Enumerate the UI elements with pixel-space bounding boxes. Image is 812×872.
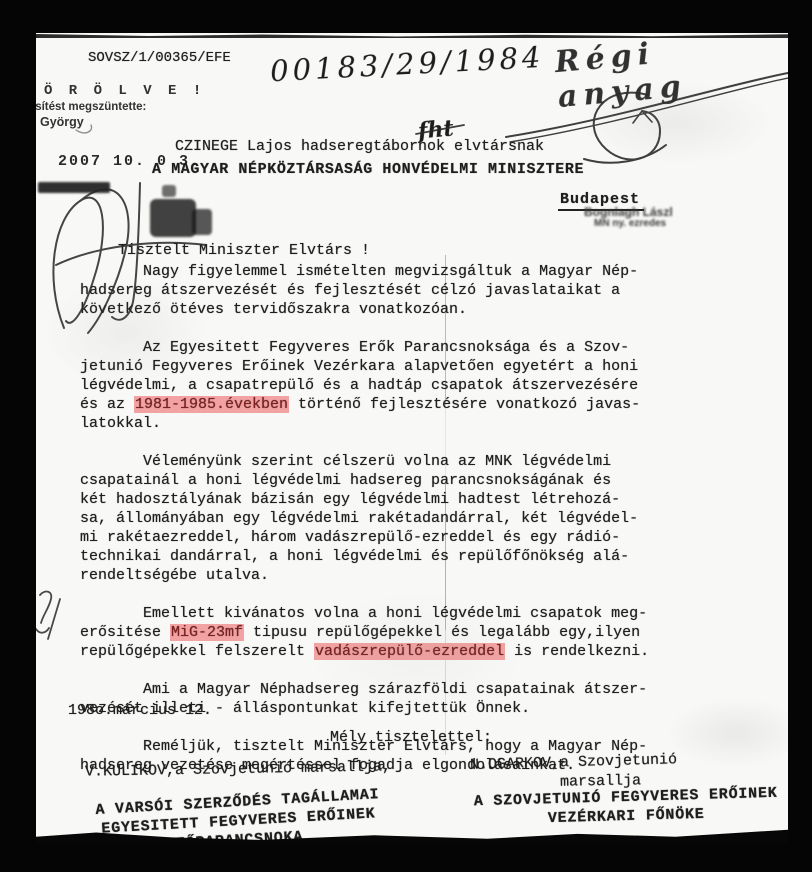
text-segment: is rendelkezni. — [505, 643, 649, 660]
text-segment: Ami a Magyar Néphadsereg szárazföldi csa… — [80, 681, 647, 698]
text-segment: Véleményünk szerint célszerü volna az MN… — [80, 453, 611, 470]
salutation: Tisztelt Miniszter Elvtárs ! — [118, 241, 370, 260]
text-line: Emellett kivánatos volna a honi légvédel… — [80, 604, 649, 623]
text-segment: két hadosztályának bázisán egy légvédelm… — [80, 491, 620, 508]
text-segment: sa, állományában egy légvédelmi rakétada… — [80, 510, 638, 527]
illegible-stamp — [38, 182, 110, 193]
closing-formula: Mély tisztelettel: — [330, 728, 492, 747]
text-line: Az Egyesitett Fegyveres Erők Parancsnoks… — [80, 338, 649, 357]
text-line: technikai dandárral, a honi légvédelmi é… — [80, 547, 649, 566]
paragraph: Véleményünk szerint célszerü volna az MN… — [80, 452, 649, 585]
text-line: jetunió Fegyveres Erőinek Vezérkara alap… — [80, 357, 649, 376]
handwritten-registry-number: 00183/29/1984 — [269, 40, 545, 88]
paragraph: Emellett kivánatos volna a honi légvédel… — [80, 604, 649, 661]
paragraph: Nagy figyelemmel ismételten megvizsgáltu… — [80, 262, 649, 319]
date-line: 198o.március 12. — [68, 701, 212, 720]
text-line: két hadosztályának bázisán egy légvédelm… — [80, 490, 649, 509]
handwritten-note: Régi anyag — [553, 33, 788, 115]
declassification-stamp-line3: György — [40, 115, 84, 129]
reference-number: SOVSZ/1/00365/EFE — [88, 49, 231, 68]
text-line: következő ötéves tervidőszakra vonatkozó… — [80, 300, 649, 319]
text-line: hadsereg átszervezését és fejlesztését c… — [80, 281, 649, 300]
text-segment: jetunió Fegyveres Erőinek Vezérkara alap… — [80, 358, 638, 375]
text-line: latokkal. — [80, 414, 649, 433]
margin-mark — [36, 592, 60, 639]
text-segment: latokkal. — [80, 415, 161, 432]
emblem-stamp-part — [192, 209, 212, 235]
highlighted-text: 1981-1985.években — [134, 396, 289, 413]
text-segment: tipusu repülőgépekkel és legalább egy,il… — [244, 624, 640, 641]
name-stamp-line2: MN ny. ezredes — [594, 218, 666, 229]
text-segment: következő ötéves tervidőszakra vonatkozó… — [80, 301, 467, 318]
text-segment: Nagy figyelemmel ismételten megvizsgáltu… — [80, 263, 638, 280]
addressee-title: A MAGYAR NÉPKÖZTÁRSASÁG HONVÉDELMI MINIS… — [152, 160, 584, 179]
text-segment: erősitése — [80, 624, 170, 641]
text-line: légvédelmi, a csapatrepülő és a hadtáp c… — [80, 376, 649, 395]
text-line: Véleményünk szerint célszerü volna az MN… — [80, 452, 649, 471]
text-line: erősitése MiG-23mf tipusu repülőgépekkel… — [80, 623, 649, 642]
scanned-document-screenshot: { "page": { "ref_number": "SOVSZ/1/00365… — [0, 0, 812, 872]
emblem-stamp-part — [162, 185, 176, 197]
emblem-stamp — [150, 199, 196, 237]
text-line: és az 1981-1985.években történő fejleszt… — [80, 395, 649, 414]
highlighted-text: MiG-23mf — [170, 624, 244, 641]
text-segment: Az Egyesitett Fegyveres Erők Parancsnoks… — [80, 339, 629, 356]
declassification-stamp-line2: ísítést megszüntette: — [36, 101, 146, 113]
text-line: Ami a Magyar Néphadsereg szárazföldi csa… — [80, 680, 649, 699]
text-line: rendeltségébe utalva. — [80, 566, 649, 585]
text-segment: és az — [80, 396, 134, 413]
highlighted-text: vadászrepülő-ezreddel — [314, 643, 505, 660]
text-line: Nagy figyelemmel ismételten megvizsgáltu… — [80, 262, 649, 281]
text-segment: hadsereg átszervezését és fejlesztését c… — [80, 282, 620, 299]
addressee-name: CZINEGE Lajos hadseregtábornok elvtársna… — [175, 137, 544, 156]
text-segment: Emellett kivánatos volna a honi légvédel… — [80, 605, 647, 622]
text-line: repülőgépekkel felszerelt vadászrepülő-e… — [80, 642, 649, 661]
text-segment: történő fejlesztésére vonatkozó javas- — [289, 396, 640, 413]
document-page: SOVSZ/1/00365/EFE 00183/29/1984 Régi any… — [36, 33, 788, 843]
name-stamp-line1: Bognlagh Lászl — [584, 205, 673, 219]
text-line: csapatainál a honi légvédelmi hadsereg p… — [80, 471, 649, 490]
paragraph: Az Egyesitett Fegyveres Erők Parancsnoks… — [80, 338, 649, 433]
declassification-stamp-line1: Ö R Ö L V E ! — [44, 83, 205, 99]
text-line: mi rakétaezreddel, három vadászrepülő-ez… — [80, 528, 649, 547]
text-segment: csapatainál a honi légvédelmi hadsereg p… — [80, 472, 611, 489]
text-segment: mi rakétaezreddel, három vadászrepülő-ez… — [80, 529, 620, 546]
text-segment: légvédelmi, a csapatrepülő és a hadtáp c… — [80, 377, 638, 394]
text-segment: rendeltségébe utalva. — [80, 567, 269, 584]
text-segment: technikai dandárral, a honi légvédelmi é… — [80, 548, 629, 565]
text-line: sa, állományában egy légvédelmi rakétada… — [80, 509, 649, 528]
text-segment: repülőgépekkel felszerelt — [80, 643, 314, 660]
